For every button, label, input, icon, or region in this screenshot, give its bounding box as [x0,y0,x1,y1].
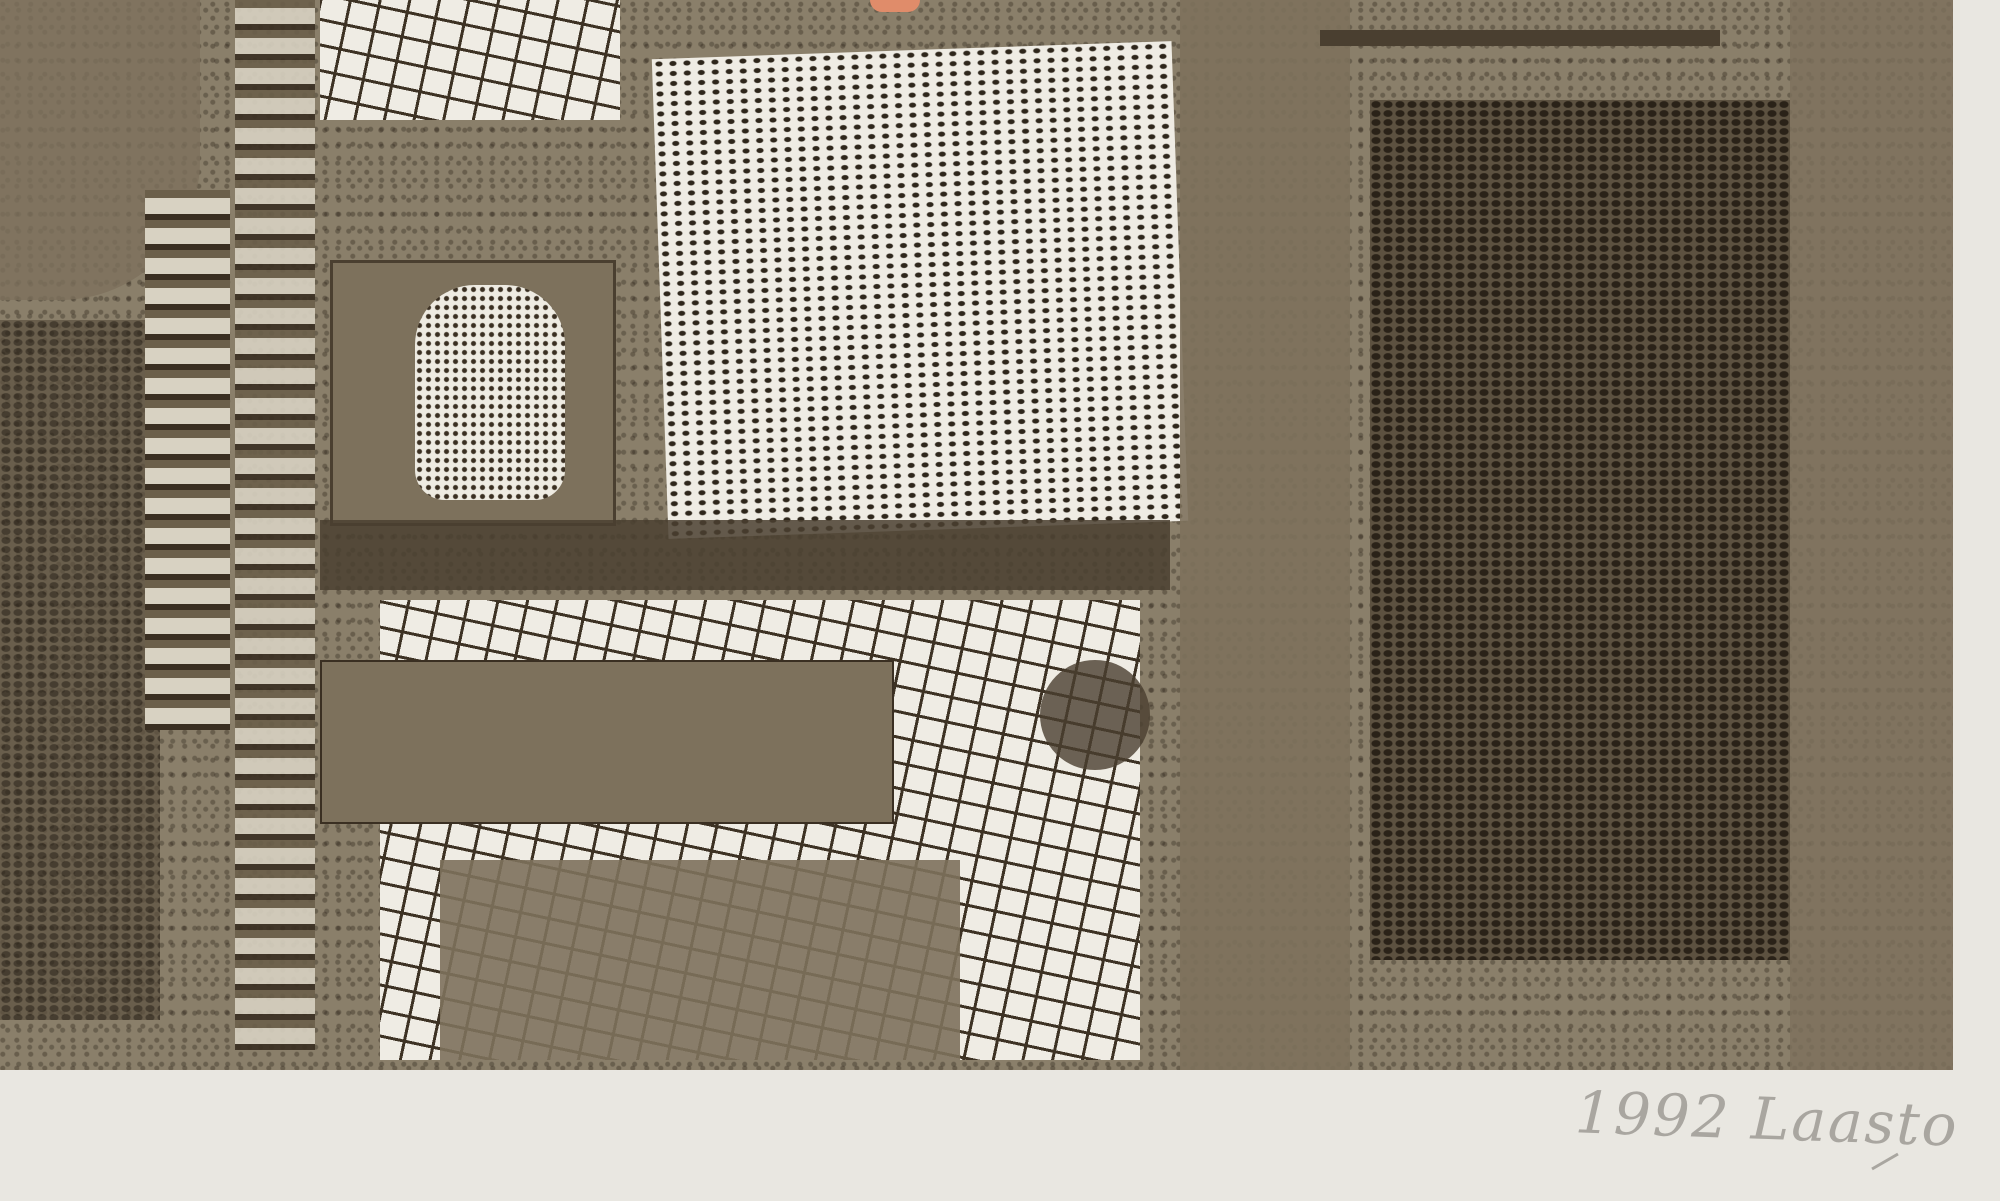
stone-shape [415,285,565,500]
right-dark-panel [1370,100,1790,960]
right-column [1180,0,1350,1070]
bottom-slab [440,860,960,1060]
dotted-panel [652,41,1188,539]
etching-plate [0,0,1953,1070]
lower-left-slab [320,660,894,824]
horizontal-band [320,520,1170,590]
left-textured-area [0,320,160,1020]
dark-circle [1040,660,1150,770]
pencil-signature: 1992 Laasto [1574,1078,1960,1159]
orange-accent [870,0,920,12]
bark-column-1 [145,190,230,730]
far-right-strip [1790,0,1953,1070]
bark-column-2 [235,0,315,1050]
upper-crosshatch [320,0,620,120]
paper-sheet: 1992 Laasto [0,0,2000,1201]
top-right-bar [1320,30,1720,46]
